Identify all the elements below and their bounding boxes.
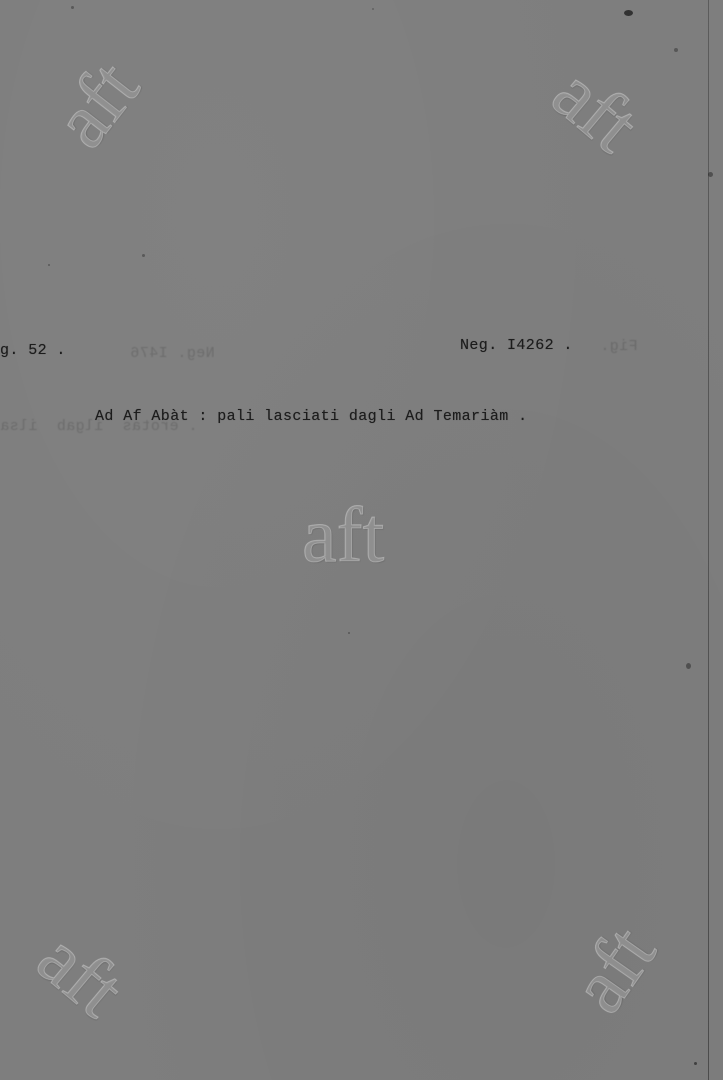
watermark-top-right: aft [540, 53, 653, 166]
watermark-bottom-right: aft [558, 913, 669, 1025]
dust-speck [348, 632, 350, 634]
dust-speck [694, 1062, 697, 1065]
watermark-center: aft [302, 496, 384, 574]
dust-speck [71, 6, 74, 9]
dust-speck [142, 254, 145, 257]
negative-number: Neg. I4262 . [460, 337, 573, 354]
photo-caption: Ad Af Abàt : pali lasciati dagli Ad Tema… [95, 408, 527, 425]
dust-speck [48, 264, 50, 266]
dust-speck [686, 663, 691, 669]
dust-speck [372, 8, 374, 10]
figure-reference: g. 52 . [0, 342, 66, 359]
bleed-through-text: Neg. I476 [130, 345, 215, 362]
scanned-card: Neg. I476 Fig. . erotas ilgab ilsa g. 52… [0, 0, 723, 1080]
dust-speck [624, 10, 633, 16]
bleed-through-text: Fig. [600, 338, 638, 355]
watermark-top-left: aft [40, 48, 152, 161]
dust-speck [708, 172, 713, 177]
card-edge-line [708, 0, 709, 1080]
dust-speck [674, 48, 678, 52]
watermark-bottom-left: aft [25, 918, 138, 1031]
